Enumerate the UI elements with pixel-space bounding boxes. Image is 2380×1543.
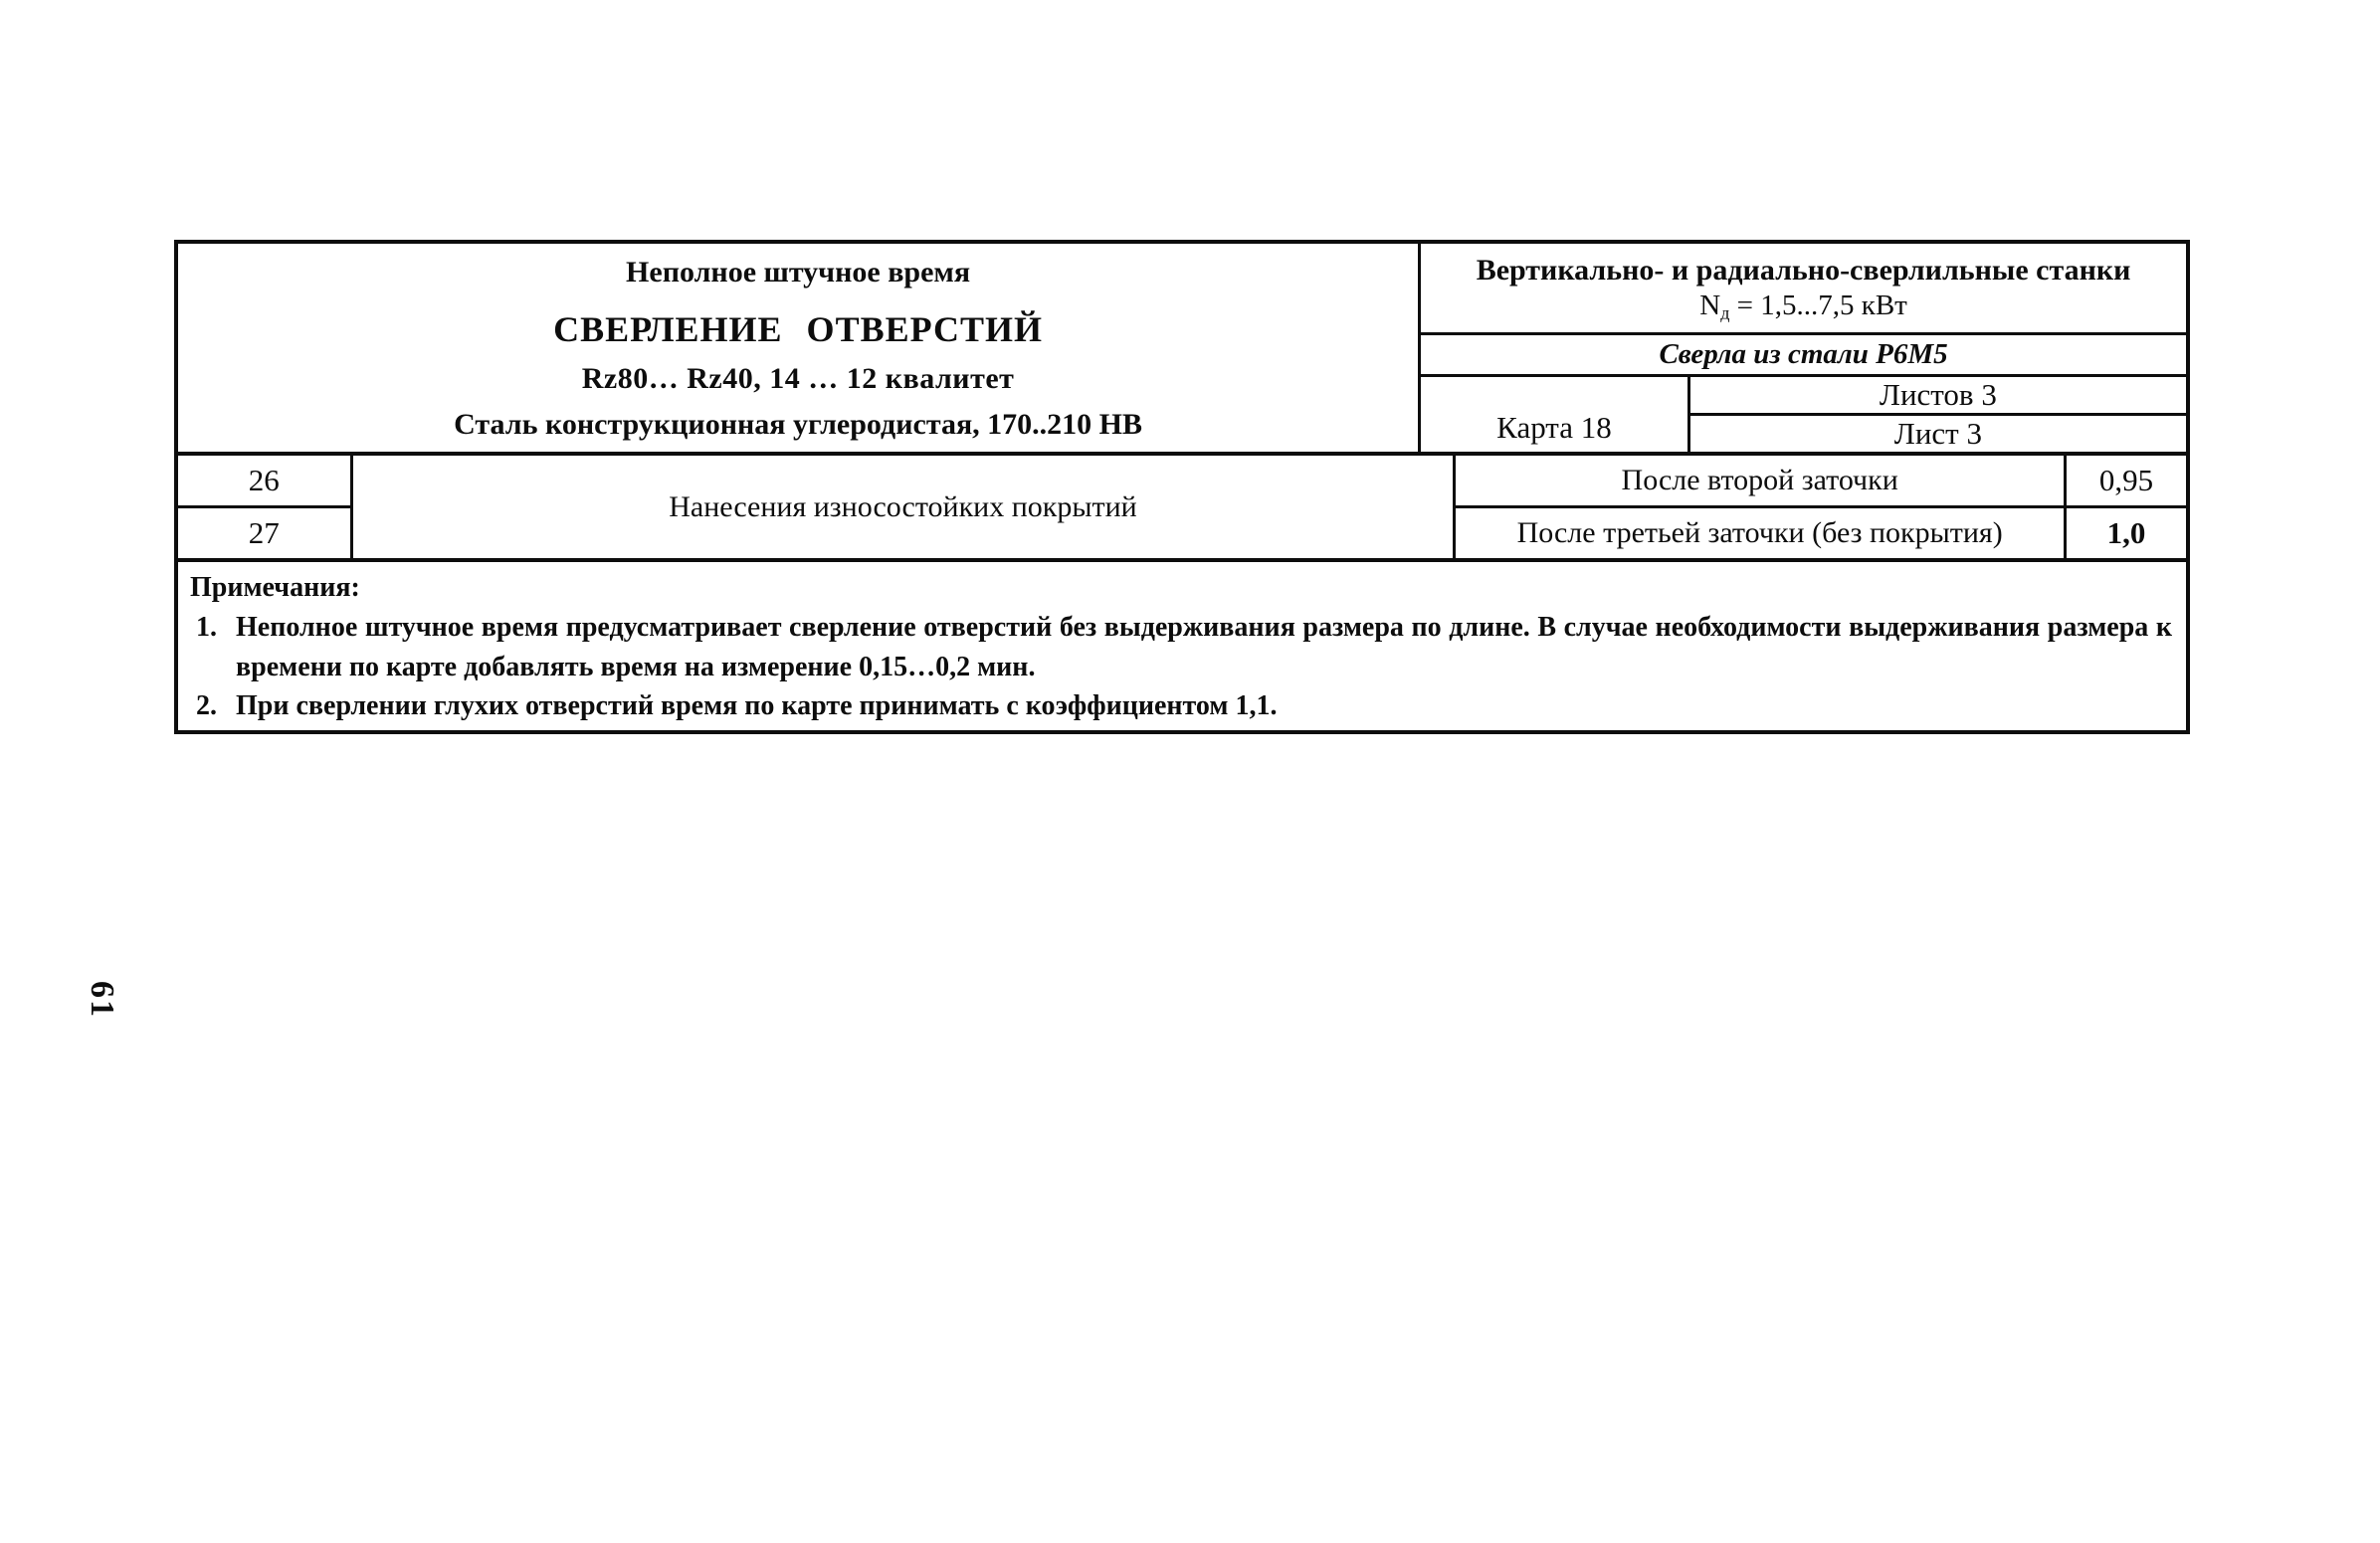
power-rating: Nд = 1,5...7,5 кВт <box>1699 289 1907 324</box>
card-number-cell: Карта 18 <box>1421 377 1690 452</box>
tool-spec-label: Сверла из стали Р6М5 <box>1659 338 1947 371</box>
power-symbol: N <box>1699 289 1720 321</box>
data-rows-section: 26 27 Нанесения износостойких покрытий П… <box>178 456 2186 562</box>
page-number: 61 <box>75 970 128 1030</box>
coating-merged-cell: Нанесения износостойких покрытий <box>353 456 1454 558</box>
condition-third-sharpening: После третьей заточки (без покрытия) <box>1456 508 2063 558</box>
note-1-text: Неполное штучное время предусматривает с… <box>236 608 2172 687</box>
time-type-label: Неполное штучное время <box>626 256 970 289</box>
note-item-2: 2. При сверлении глухих отверстий время … <box>190 686 2172 726</box>
operation-title: СВЕРЛЕНИЕ ОТВЕРСТИЙ <box>553 308 1043 350</box>
header-left-section: Неполное штучное время СВЕРЛЕНИЕ ОТВЕРСТ… <box>178 244 1421 452</box>
header-right-section: Вертикально- и радиально-сверлильные ста… <box>1421 244 2186 452</box>
sheets-total-label: Листов 3 <box>1880 377 1997 413</box>
sheet-number-label: Лист 3 <box>1894 416 1982 452</box>
header-section: Неполное штучное время СВЕРЛЕНИЕ ОТВЕРСТ… <box>178 244 2186 456</box>
tool-spec-cell: Сверла из стали Р6М5 <box>1421 335 2186 377</box>
machine-info-cell: Вертикально- и радиально-сверлильные ста… <box>1421 244 2186 335</box>
note-1-number: 1. <box>190 608 236 648</box>
notes-heading: Примечания: <box>190 568 2172 608</box>
condition-second-sharpening: После второй заточки <box>1456 456 2063 508</box>
notes-section: Примечания: 1. Неполное штучное время пр… <box>178 562 2186 730</box>
power-value: = 1,5...7,5 кВт <box>1729 289 1906 321</box>
row-number-column: 26 27 <box>178 456 353 558</box>
machines-label: Вертикально- и радиально-сверлильные ста… <box>1477 252 2131 289</box>
material-spec: Сталь конструкционная углеродистая, 170.… <box>454 408 1142 442</box>
row-number-26: 26 <box>178 456 350 508</box>
sheets-total-cell: Листов 3 <box>1690 377 2186 416</box>
card-sheet-row: Карта 18 Листов 3 Лист 3 <box>1421 377 2186 452</box>
card-number-label: Карта 18 <box>1496 410 1612 446</box>
roughness-tolerance-subtitle: Rz80… Rz40, 14 … 12 квалитет <box>582 362 1015 396</box>
sheets-column: Листов 3 Лист 3 <box>1690 377 2186 452</box>
note-item-1: 1. Неполное штучное время предусматривае… <box>190 608 2172 687</box>
coefficient-value-095: 0,95 <box>2067 456 2186 508</box>
coefficient-column: 0,95 1,0 <box>2064 456 2186 558</box>
sheet-number-cell: Лист 3 <box>1690 416 2186 452</box>
normative-card-table: Неполное штучное время СВЕРЛЕНИЕ ОТВЕРСТ… <box>174 240 2190 734</box>
row-number-27: 27 <box>178 508 350 558</box>
coefficient-value-10: 1,0 <box>2067 508 2186 558</box>
note-2-number: 2. <box>190 686 236 726</box>
note-2-text: При сверлении глухих отверстий время по … <box>236 686 2172 726</box>
condition-column: После второй заточки После третьей заточ… <box>1453 456 2063 558</box>
